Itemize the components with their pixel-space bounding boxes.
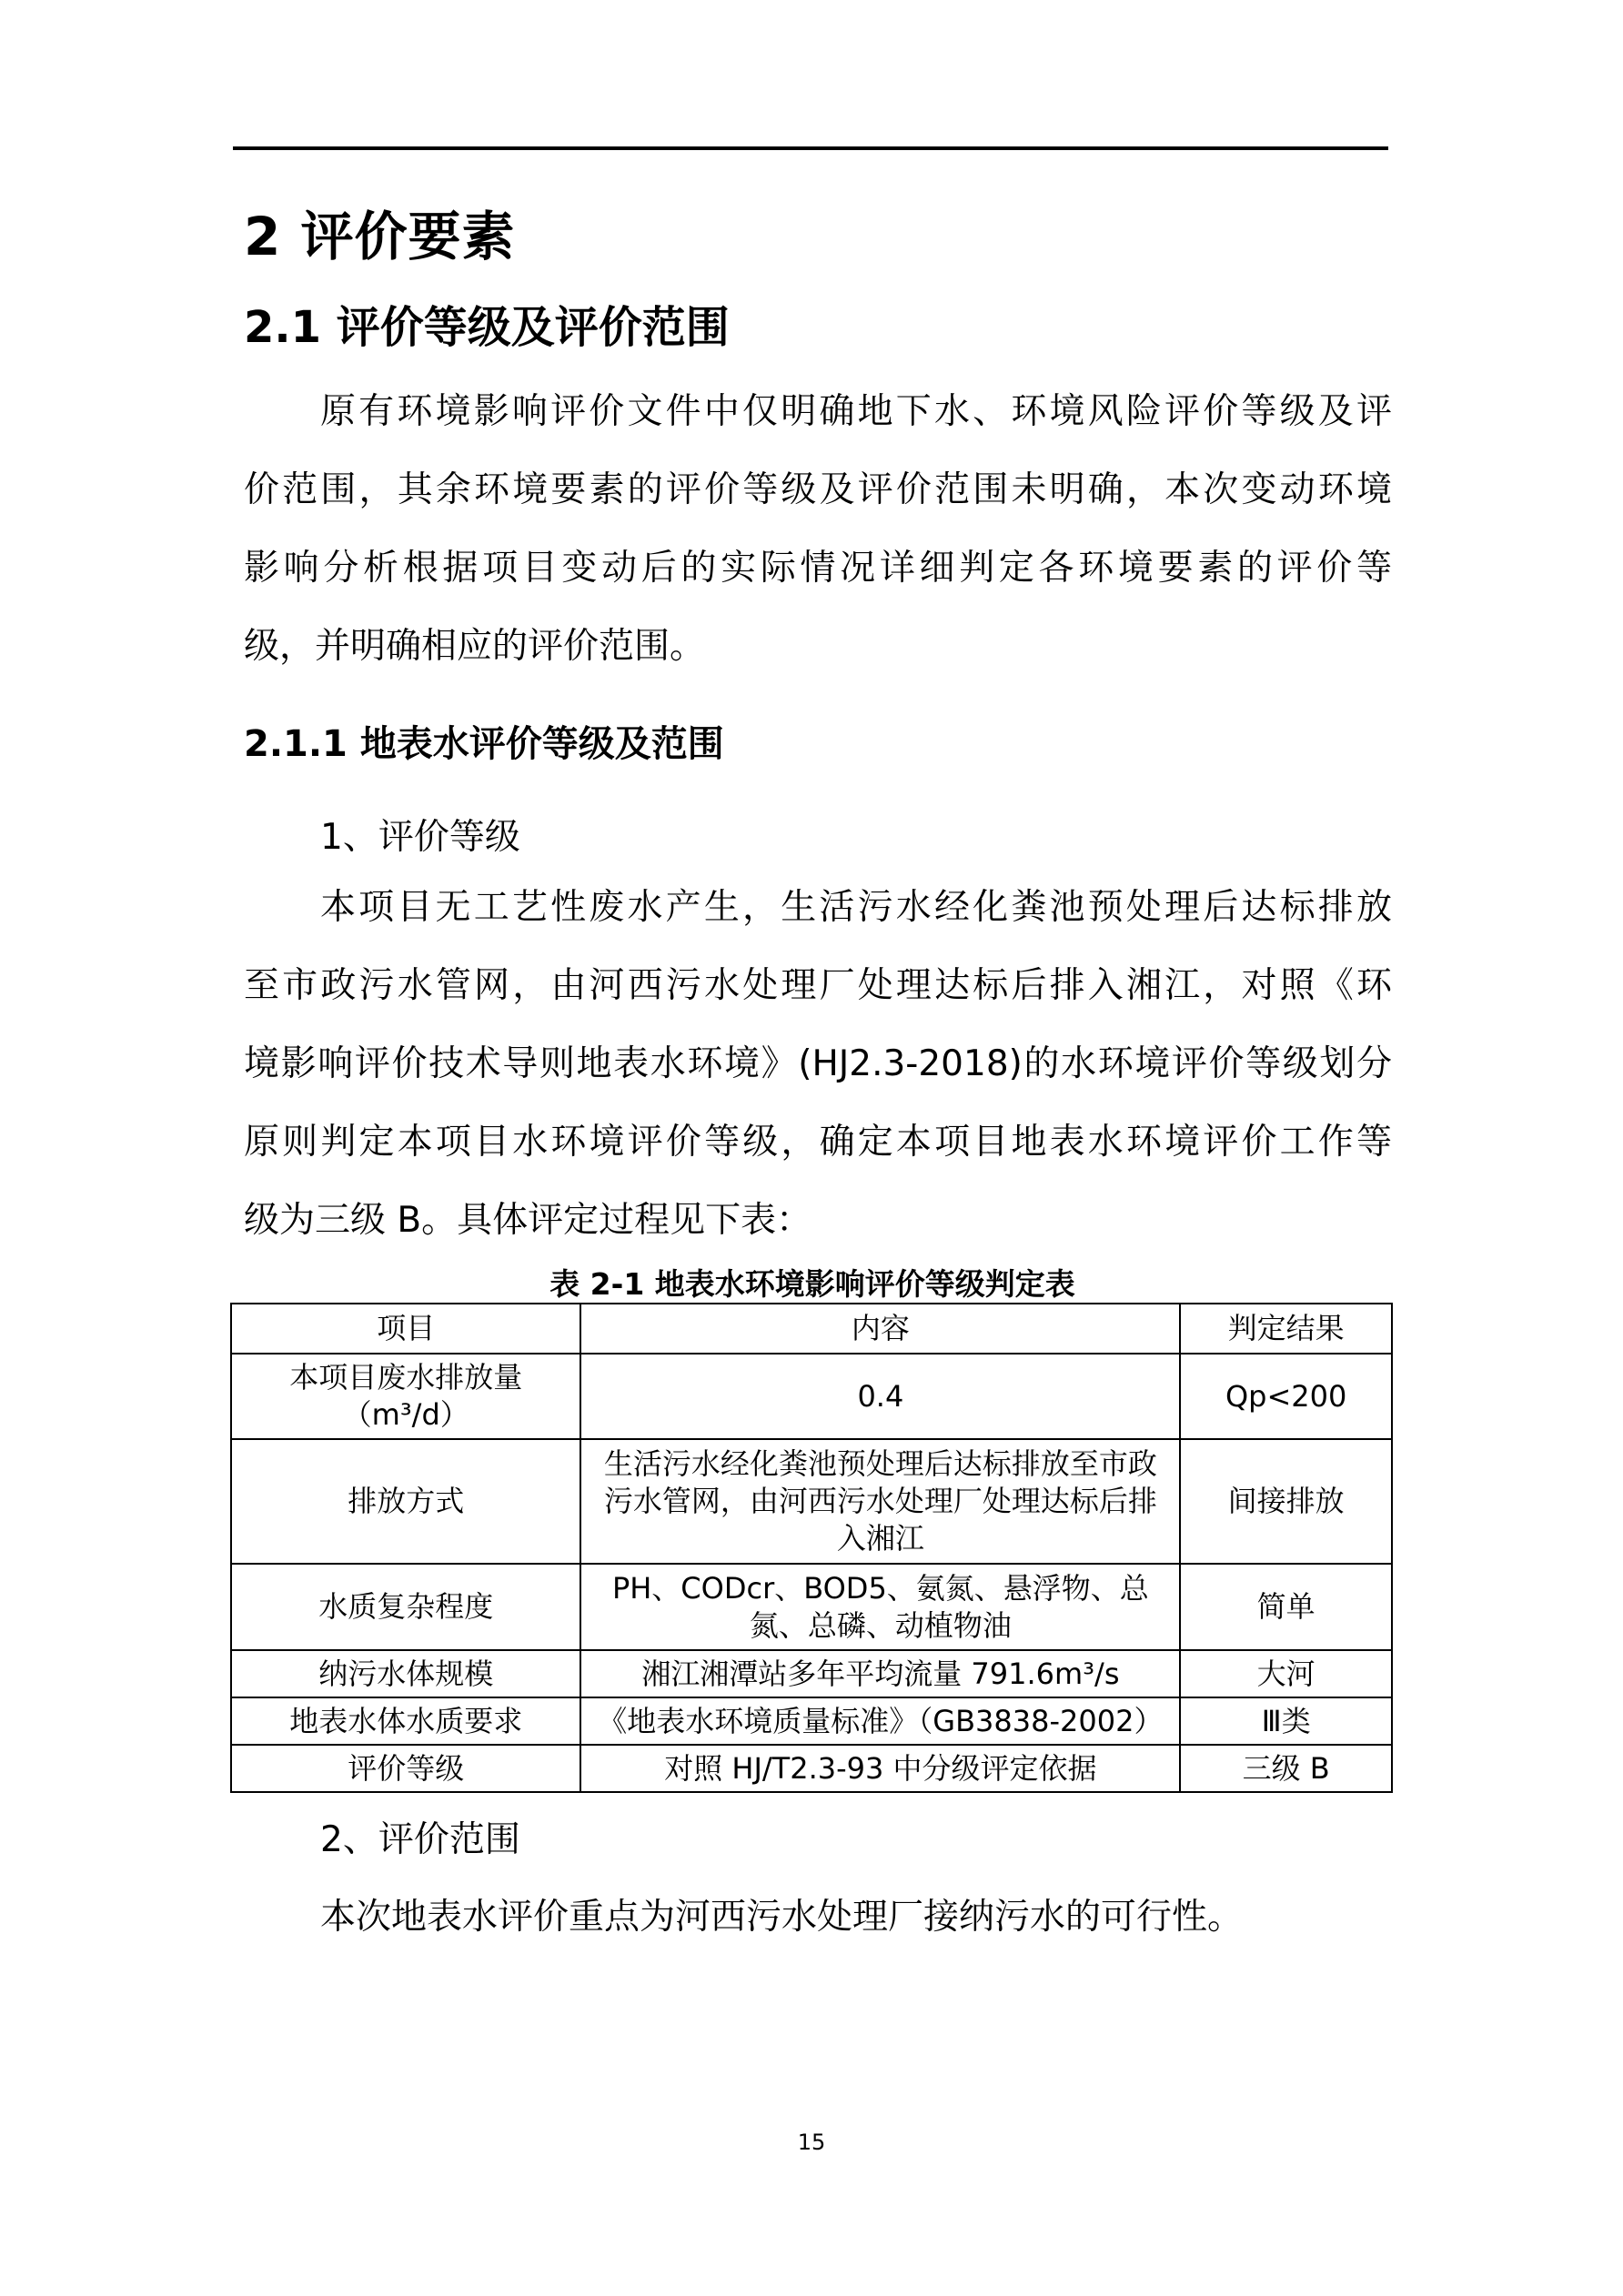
cell-result: 间接排放 xyxy=(1180,1439,1392,1564)
paragraph-line: 级，并明确相应的评价范围。 xyxy=(244,608,1392,686)
intro-paragraph: 原有环境影响评价文件中仅明确地下水、环境风险评价等级及评 价范围，其余环境要素的… xyxy=(244,373,1392,686)
paragraph-line: 价范围，其余环境要素的评价等级及评价范围未明确，本次变动环境 xyxy=(244,451,1392,529)
table-row: 地表水体水质要求 《地表水环境质量标准》（GB3838-2002） Ⅲ类 xyxy=(231,1697,1392,1745)
paragraph-line: 影响分析根据项目变动后的实际情况详细判定各环境要素的评价等 xyxy=(244,529,1392,608)
header-rule xyxy=(233,146,1388,150)
cell-item: 评价等级 xyxy=(231,1745,580,1792)
table-caption: 表 2-1 地表水环境影响评价等级判定表 xyxy=(230,1264,1395,1304)
cell-result: Qp<200 xyxy=(1180,1354,1392,1439)
cell-content: 0.4 xyxy=(580,1354,1180,1439)
table-row: 本项目废水排放量（m³/d） 0.4 Qp<200 xyxy=(231,1354,1392,1439)
table-header-row: 项目 内容 判定结果 xyxy=(231,1304,1392,1354)
cell-content: 《地表水环境质量标准》（GB3838-2002） xyxy=(580,1697,1180,1745)
cell-result: 三级 B xyxy=(1180,1745,1392,1792)
header-result: 判定结果 xyxy=(1180,1304,1392,1354)
cell-result: 简单 xyxy=(1180,1564,1392,1650)
cell-content: 对照 HJ/T2.3-93 中分级评定依据 xyxy=(580,1745,1180,1792)
cell-result: Ⅲ类 xyxy=(1180,1697,1392,1745)
cell-item: 水质复杂程度 xyxy=(231,1564,580,1650)
paragraph-line: 本项目无工艺性废水产生，生活污水经化粪池预处理后达标排放 xyxy=(244,869,1392,947)
section-title: 2 评价要素 xyxy=(244,200,516,273)
header-item: 项目 xyxy=(231,1304,580,1354)
item-label-evaluation-grade: 1、评价等级 xyxy=(320,812,520,863)
table-row: 评价等级 对照 HJ/T2.3-93 中分级评定依据 三级 B xyxy=(231,1745,1392,1792)
cell-content: PH、CODcr、BOD5、氨氮、悬浮物、总氮、总磷、动植物油 xyxy=(580,1564,1180,1650)
cell-result: 大河 xyxy=(1180,1650,1392,1697)
table-row: 水质复杂程度 PH、CODcr、BOD5、氨氮、悬浮物、总氮、总磷、动植物油 简… xyxy=(231,1564,1392,1650)
header-content: 内容 xyxy=(580,1304,1180,1354)
item-label-evaluation-scope: 2、评价范围 xyxy=(320,1815,520,1866)
paragraph-line: 级为三级 B。具体评定过程见下表： xyxy=(244,1182,1392,1260)
subsubsection-title: 2.1.1 地表水评价等级及范围 xyxy=(244,719,724,770)
paragraph-line: 原有环境影响评价文件中仅明确地下水、环境风险评价等级及评 xyxy=(244,373,1392,451)
table-row: 纳污水体规模 湘江湘潭站多年平均流量 791.6m³/s 大河 xyxy=(231,1650,1392,1697)
cell-item: 排放方式 xyxy=(231,1439,580,1564)
grade-paragraph: 本项目无工艺性废水产生，生活污水经化粪池预处理后达标排放 至市政污水管网，由河西… xyxy=(244,869,1392,1260)
paragraph-line: 原则判定本项目水环境评价等级，确定本项目地表水环境评价工作等 xyxy=(244,1103,1392,1182)
scope-paragraph: 本次地表水评价重点为河西污水处理厂接纳污水的可行性。 xyxy=(320,1892,1243,1943)
paragraph-line: 至市政污水管网，由河西污水处理厂处理达标后排入湘江，对照《环 xyxy=(244,947,1392,1025)
cell-content: 湘江湘潭站多年平均流量 791.6m³/s xyxy=(580,1650,1180,1697)
cell-item: 本项目废水排放量（m³/d） xyxy=(231,1354,580,1439)
document-page: 2 评价要素 2.1 评价等级及评价范围 原有环境影响评价文件中仅明确地下水、环… xyxy=(0,0,1623,2296)
cell-item: 纳污水体规模 xyxy=(231,1650,580,1697)
grade-determination-table: 项目 内容 判定结果 本项目废水排放量（m³/d） 0.4 Qp<200 排放方… xyxy=(230,1303,1393,1793)
cell-item: 地表水体水质要求 xyxy=(231,1697,580,1745)
table-row: 排放方式 生活污水经化粪池预处理后达标排放至市政污水管网，由河西污水处理厂处理达… xyxy=(231,1439,1392,1564)
page-number: 15 xyxy=(0,2129,1623,2156)
paragraph-line: 境影响评价技术导则地表水环境》(HJ2.3-2018)的水环境评价等级划分 xyxy=(244,1025,1392,1103)
cell-content: 生活污水经化粪池预处理后达标排放至市政污水管网，由河西污水处理厂处理达标后排入湘… xyxy=(580,1439,1180,1564)
subsection-title: 2.1 评价等级及评价范围 xyxy=(244,298,730,357)
